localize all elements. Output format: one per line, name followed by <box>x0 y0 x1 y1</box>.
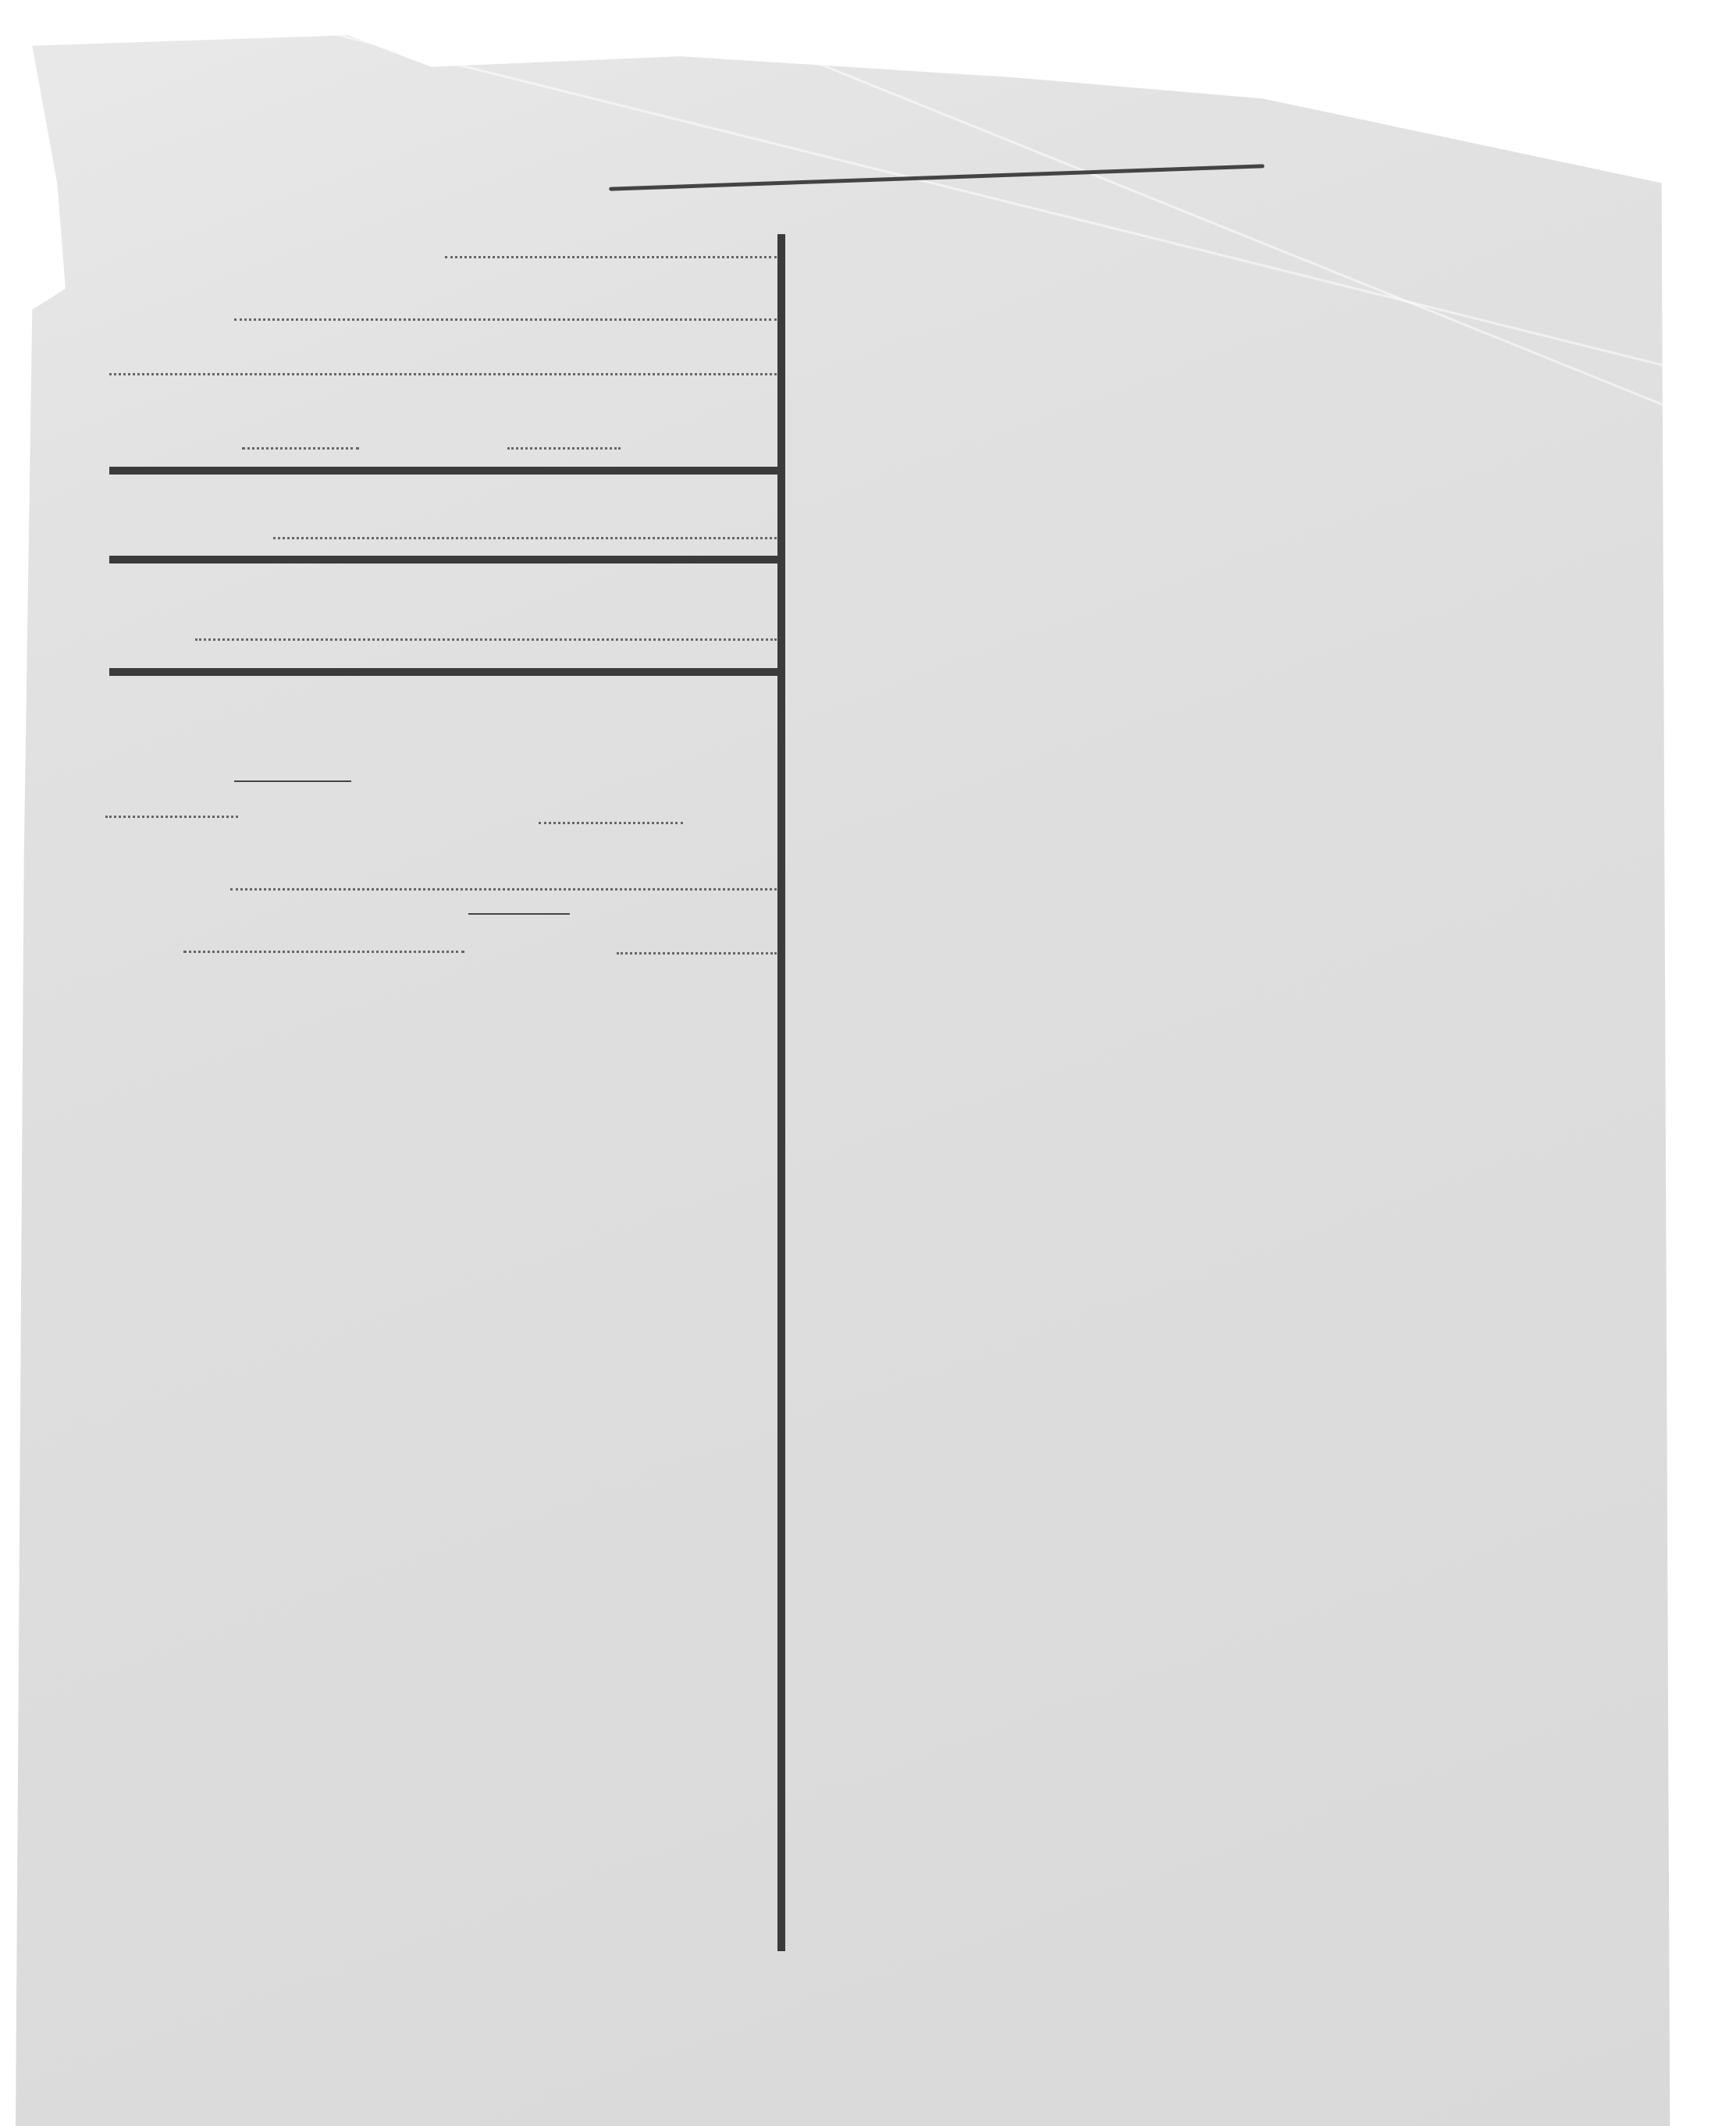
section-divider <box>109 668 781 676</box>
section-divider <box>109 467 781 475</box>
reg-number-field-line <box>617 952 777 955</box>
military-line-1 <box>105 816 238 818</box>
district-field-line <box>445 256 777 258</box>
ul-tun-field-line <box>539 822 683 824</box>
fraction-numerator <box>234 780 351 782</box>
nationality-field-line <box>273 537 777 539</box>
street-field-line <box>234 318 777 321</box>
column-divider <box>777 234 785 1951</box>
form-paper <box>16 14 1678 2126</box>
section-divider <box>109 556 781 563</box>
military-fraction-1 <box>234 780 351 782</box>
religion-field-line <box>195 638 777 641</box>
house-field-line <box>242 447 359 450</box>
street-extra-line <box>109 373 777 375</box>
apartment-field-line <box>507 447 621 450</box>
fraction-numerator <box>468 913 570 915</box>
reg-field-line <box>183 951 464 953</box>
year-field-line <box>230 888 777 891</box>
military-fraction-2 <box>468 913 570 915</box>
